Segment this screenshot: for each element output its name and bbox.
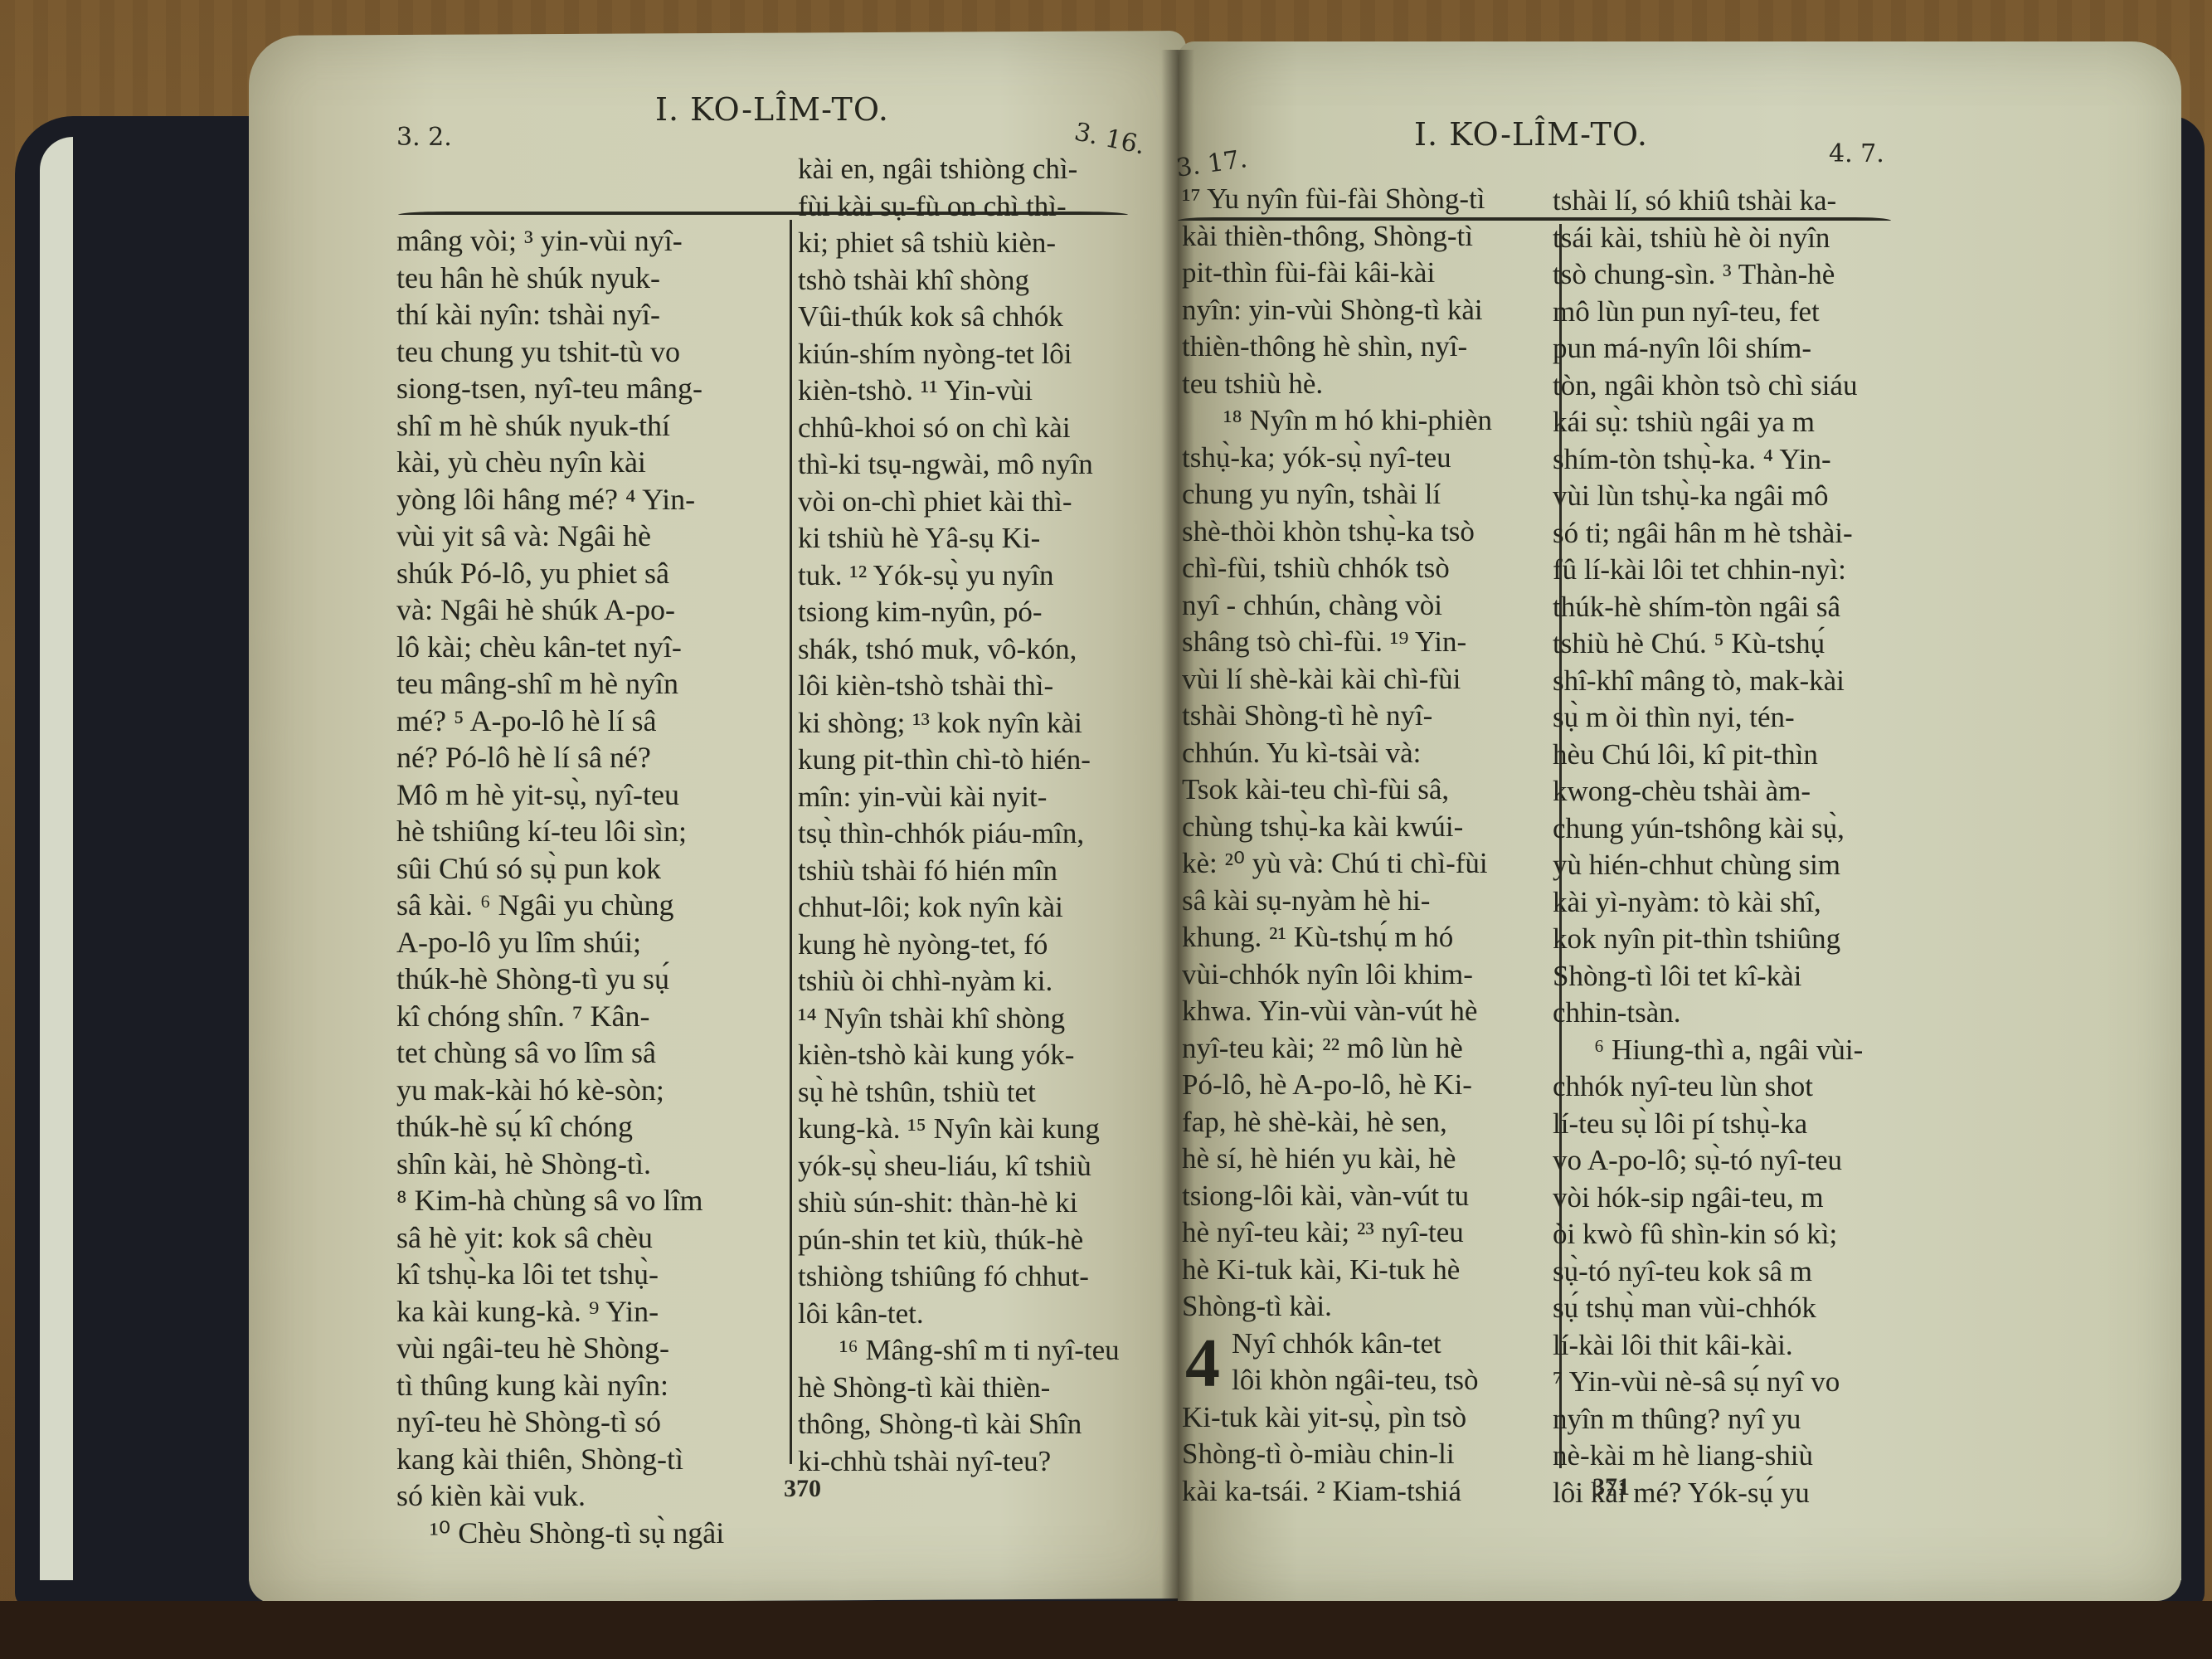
text-line: vùi yit sâ và: Ngâi hè: [396, 518, 780, 555]
text-line: kài thièn-thông, Shòng-tì: [1182, 218, 1547, 255]
text-line: chhók nyî-teu lùn shot: [1553, 1068, 1942, 1106]
text-line: tsụ̀ thìn-chhók piáu-mîn,: [798, 815, 1146, 853]
text-line: chhû-khoi só on chì kài: [798, 410, 1146, 447]
text-line: chùng tshụ̀-ka kài kwúi-: [1182, 809, 1547, 846]
right-page-column-2: tshài lí, só khiû tshài ka- tsái kài, ts…: [1553, 182, 1942, 1511]
text-line: só kièn kài vuk.: [396, 1477, 780, 1515]
text-line: shî m hè shúk nyuk-thí: [396, 407, 780, 445]
text-line: pit-thìn fùi-fài kâi-kài: [1182, 255, 1547, 292]
text-line: fû lí-kài lôi tet chhin-nyì:: [1553, 552, 1942, 589]
text-line: mé? ⁵ A-po-lô hè lí sâ: [396, 703, 780, 740]
text-line: ¹⁸ Nyîn m hó khi-phièn: [1182, 402, 1547, 440]
text-line: sụ́ tshụ̀ man vùi-chhók: [1553, 1290, 1942, 1327]
text-line: thúk-hè shím-tòn ngâi sâ: [1553, 589, 1942, 626]
right-page-column-1: ¹⁷ Yu nyîn fùi-fài Shòng-tì kài thièn-th…: [1182, 181, 1547, 1510]
text-line: tuk. ¹² Yók-sụ̀ yu nyîn: [798, 557, 1146, 595]
text-line: vo A-po-lô; sụ̀-tó nyî-teu: [1553, 1142, 1942, 1180]
text-line: chhut-lôi; kok nyîn kài: [798, 889, 1146, 927]
text-line: mô lùn pun nyî-teu, fet: [1553, 294, 1942, 331]
text-line: pún-shin tet kiù, thúk-hè: [798, 1222, 1146, 1259]
text-line: kièn-tshò. ¹¹ Yin-vùi: [798, 372, 1146, 410]
text-line: ⁶ Hiung-thì a, ngâi vùi-: [1553, 1032, 1942, 1069]
right-ref-end: 4. 7.: [1829, 139, 1884, 168]
text-line: lôi kân-tet.: [798, 1296, 1146, 1333]
text-line: ki shòng; ¹³ kok nyîn kài: [798, 705, 1146, 742]
text-line: fap, hè shè-kài, hè sen,: [1182, 1104, 1547, 1141]
text-line: mâng vòi; ³ yin-vùi nyî-: [396, 222, 780, 260]
text-line: ki tshiù hè Yâ-sụ Ki-: [798, 520, 1146, 557]
text-line: chung yún-tshông kài sụ̀,: [1553, 810, 1942, 848]
text-line: shî-khî mâng tò, mak-kài: [1553, 663, 1942, 700]
text-line: ⁷ Yin-vùi nè-sâ sụ́ nyî vo: [1553, 1364, 1942, 1401]
text-line: Pó-lô, hè A-po-lô, hè Ki-: [1182, 1067, 1547, 1104]
text-line: kok nyîn pit-thìn tshiûng: [1553, 921, 1942, 958]
text-line: kiún-shím nyòng-tet lôi: [798, 336, 1146, 373]
text-line: yù hién-chhut chùng sim: [1553, 847, 1942, 884]
left-running-title: I. KO-LÎM-TO.: [655, 91, 889, 128]
text-line: nyî - chhún, chàng vòi: [1182, 587, 1547, 625]
text-line: shák, tshó muk, vô-kón,: [798, 631, 1146, 669]
text-line: shîn kài, hè Shòng-tì.: [396, 1146, 780, 1183]
text-line: tshụ̀-ka; yók-sụ̀ nyî-teu: [1182, 440, 1547, 477]
text-line: lí-teu sụ̀ lôi pí tshụ̀-ka: [1553, 1106, 1942, 1143]
text-line: chung yu nyîn, tshài lí: [1182, 476, 1547, 513]
text-line: shúk Pó-lô, yu phiet sâ: [396, 555, 780, 592]
text-line: vùi lí shè-kài kài chì-fùi: [1182, 661, 1547, 698]
text-line: kièn-tshò kài kung yók-: [798, 1037, 1146, 1074]
text-line: nyîn: yin-vùi Shòng-tì kài: [1182, 292, 1547, 329]
text-line: ka kài kung-kà. ⁹ Yin-: [396, 1293, 780, 1331]
text-line: ¹⁴ Nyîn tshài khî shòng: [798, 1000, 1146, 1038]
text-line: tsiong-lôi kài, vàn-vút tu: [1182, 1178, 1547, 1215]
text-line: thí kài nyîn: tshài nyî-: [396, 296, 780, 333]
text-line: sụ̀ hè tshûn, tshiù tet: [798, 1074, 1146, 1112]
text-line: sụ̀-tó nyî-teu kok sâ m: [1553, 1253, 1942, 1291]
text-line: fùi kài sụ-fù on chì thì-: [798, 188, 1146, 226]
text-line: kung pit-thìn chì-tò hién-: [798, 742, 1146, 779]
text-line: Nyî chhók kân-tet: [1182, 1326, 1547, 1363]
text-line: nè-kài m hè liang-shiù: [1553, 1438, 1942, 1475]
text-line: Ki-tuk kài yit-sụ̀, pìn tsò: [1182, 1399, 1547, 1437]
text-line: chhún. Yu kì-tsài và:: [1182, 735, 1547, 772]
text-line: shiù sún-shit: thàn-hè ki: [798, 1185, 1146, 1222]
right-running-title: I. KO-LÎM-TO.: [1414, 116, 1648, 153]
text-line: ki-chhù tshài nyî-teu?: [798, 1443, 1146, 1481]
text-line: teu mâng-shî m hè nyîn: [396, 665, 780, 703]
right-page-number: 371: [1592, 1473, 1630, 1501]
text-line: tshiù hè Chú. ⁵ Kù-tshụ́: [1553, 625, 1942, 663]
text-line: lô kài; chèu kân-tet nyî-: [396, 629, 780, 666]
text-line: yók-sụ̀ sheu-liáu, kî tshiù: [798, 1148, 1146, 1185]
text-line: thì-ki tsụ-ngwài, mô nyîn: [798, 446, 1146, 484]
text-line: thúk-hè Shòng-tì yu sụ́: [396, 961, 780, 998]
text-line: tshiù òi chhì-nyàm ki.: [798, 963, 1146, 1000]
text-line: vùi ngâi-teu hè Shòng-: [396, 1330, 780, 1367]
text-line: tshiù tshài fó hién mîn: [798, 853, 1146, 890]
text-line: pun má-nyîn lôi shím-: [1553, 330, 1942, 367]
text-line: ¹⁷ Yu nyîn fùi-fài Shòng-tì: [1182, 181, 1547, 218]
text-line: yòng lôi hâng mé? ⁴ Yin-: [396, 481, 780, 518]
text-line: Shòng-tì kài.: [1182, 1288, 1547, 1326]
left-ref-start: 3. 2.: [396, 123, 452, 152]
text-line: tòn, ngâi khòn tsò chì siáu: [1553, 367, 1942, 405]
text-line: sâ hè yit: kok sâ chèu: [396, 1219, 780, 1257]
text-line: shè-thòi khòn tshụ̀-ka tsò: [1182, 513, 1547, 551]
text-line: Tsok kài-teu chì-fùi sâ,: [1182, 771, 1547, 809]
table-edge-shadow: [0, 1601, 2212, 1659]
text-line: kung hè nyòng-tet, fó: [798, 927, 1146, 964]
text-line: thièn-thông hè shìn, nyî-: [1182, 328, 1547, 366]
chapter-number: 4: [1185, 1331, 1220, 1397]
text-line: teu chung yu tshit-tù vo: [396, 333, 780, 371]
text-line: tì thûng kung kài nyîn:: [396, 1367, 780, 1404]
left-page-column-2: kài en, ngâi tshiòng chì- fùi kài sụ-fù …: [798, 151, 1146, 1480]
text-line: vòi hók-sip ngâi-teu, m: [1553, 1180, 1942, 1217]
text-line: tsiong kim-nyûn, pó-: [798, 594, 1146, 631]
text-line: vòi on-chì phiet kài thì-: [798, 484, 1146, 521]
text-line: kái sụ̀: tshiù ngâi ya m: [1553, 404, 1942, 441]
text-line: kî tshụ̀-ka lôi tet tshụ̀-: [396, 1256, 780, 1293]
text-line: né? Pó-lô hè lí sâ né?: [396, 739, 780, 776]
text-line: mîn: yin-vùi kài nyit-: [798, 779, 1146, 816]
text-line: ¹⁶ Mâng-shî m ti nyî-teu: [798, 1332, 1146, 1370]
text-line: tshò tshài khî shòng: [798, 262, 1146, 299]
text-line: ki; phiet sâ tshiù kièn-: [798, 225, 1146, 262]
text-line: nyî-teu kài; ²² mô lùn hè: [1182, 1030, 1547, 1068]
text-line: kwong-chèu tshài àm-: [1553, 773, 1942, 810]
text-line: vùi lùn tshụ̀-ka ngâi mô: [1553, 478, 1942, 515]
text-line: chhin-tsàn.: [1553, 995, 1942, 1032]
text-line: Vûi-thúk kok sâ chhók: [798, 299, 1146, 336]
text-line: kài yì-nyàm: tò kài shî,: [1553, 884, 1942, 922]
text-line: nyî-teu hè Shòng-tì só: [396, 1404, 780, 1441]
text-line: khung. ²¹ Kù-tshụ́ m hó: [1182, 919, 1547, 956]
text-line: thúk-hè sụ́ kî chóng: [396, 1108, 780, 1146]
text-line: kài, yù chèu nyîn kài: [396, 444, 780, 481]
text-line: sâ kài. ⁶ Ngâi yu chùng: [396, 887, 780, 924]
text-line: shím-tòn tshụ̀-ka. ⁴ Yin-: [1553, 441, 1942, 479]
text-line: lí-kài lôi thit kâi-kài.: [1553, 1327, 1942, 1365]
text-line: lôi khòn ngâi-teu, tsò: [1182, 1362, 1547, 1399]
text-line: kài en, ngâi tshiòng chì-: [798, 151, 1146, 188]
text-line: kung-kà. ¹⁵ Nyîn kài kung: [798, 1111, 1146, 1148]
text-line: hè nyî-teu kài; ²³ nyî-teu: [1182, 1214, 1547, 1252]
text-line: sụ̀ m òi thìn nyi, tén-: [1553, 699, 1942, 737]
text-line: thông, Shòng-tì kài Shîn: [798, 1406, 1146, 1443]
chapter-4-opening: 4 Nyî chhók kân-tet lôi khòn ngâi-teu, t…: [1182, 1326, 1547, 1511]
text-line: khwa. Yin-vùi vàn-vút hè: [1182, 993, 1547, 1030]
text-line: hè tshiûng kí-teu lôi sìn;: [396, 813, 780, 850]
text-line: Mô m hè yit-sụ̀, nyî-teu: [396, 776, 780, 814]
text-line: hèu Chú lôi, kî pit-thìn: [1553, 737, 1942, 774]
text-line: yu mak-kài hó kè-sòn;: [396, 1072, 780, 1109]
text-line: tsò chung-sìn. ³ Thàn-hè: [1553, 256, 1942, 294]
text-line: kè: ²⁰ yù và: Chú ti chì-fùi: [1182, 845, 1547, 883]
text-line: vùi-chhók nyîn lôi khim-: [1182, 956, 1547, 994]
text-line: hè Shòng-tì kài thièn-: [798, 1370, 1146, 1407]
left-page-column-rule: [790, 220, 792, 1464]
text-line: sâ kài sụ-nyàm hè hi-: [1182, 883, 1547, 920]
text-line: só ti; ngâi hân m hè tshài-: [1553, 515, 1942, 552]
text-line: tshài lí, só khiû tshài ka-: [1553, 182, 1942, 220]
text-line: òi kwò fû shìn-kin só kì;: [1553, 1216, 1942, 1253]
text-line: và: Ngâi hè shúk A-po-: [396, 591, 780, 629]
text-line: Shòng-tì lôi tet kî-kài: [1553, 958, 1942, 995]
text-line: tshài Shòng-tì hè nyî-: [1182, 698, 1547, 735]
text-line: nyîn m thûng? nyî yu: [1553, 1401, 1942, 1438]
left-page-number: 370: [784, 1475, 821, 1503]
text-line: kài ka-tsái. ² Kiam-tshiá: [1182, 1473, 1547, 1511]
text-line: siong-tsen, nyî-teu mâng-: [396, 370, 780, 407]
text-line: teu hân hè shúk nyuk-: [396, 260, 780, 297]
text-line: hè sí, hè hién yu kài, hè: [1182, 1141, 1547, 1178]
text-line: lôi kièn-tshò tshài thì-: [798, 668, 1146, 705]
text-line: kang kài thiên, Shòng-tì: [396, 1441, 780, 1478]
text-line: A-po-lô yu lîm shúi;: [396, 924, 780, 961]
text-line: tshiòng tshiûng fó chhut-: [798, 1258, 1146, 1296]
text-line: teu tshiù hè.: [1182, 366, 1547, 403]
text-line: tsái kài, tshiù hè òi nyîn: [1553, 220, 1942, 257]
text-line: ⁸ Kim-hà chùng sâ vo lîm: [396, 1182, 780, 1219]
text-line: shâng tsò chì-fùi. ¹⁹ Yin-: [1182, 624, 1547, 661]
left-page-column-1: mâng vòi; ³ yin-vùi nyî- teu hân hè shúk…: [396, 222, 780, 1551]
text-line: tet chùng sâ vo lîm sâ: [396, 1034, 780, 1072]
text-line: hè Ki-tuk kài, Ki-tuk hè: [1182, 1252, 1547, 1289]
text-line: Shòng-tì ò-miàu chin-li: [1182, 1436, 1547, 1473]
text-line: chì-fùi, tshiù chhók tsò: [1182, 550, 1547, 587]
page-block-edge-left: [40, 137, 73, 1580]
text-line: ¹⁰ Chèu Shòng-tì sụ̀ ngâi: [396, 1515, 780, 1552]
text-line: kî chóng shîn. ⁷ Kân-: [396, 998, 780, 1035]
text-line: sûi Chú só sụ̀ pun kok: [396, 850, 780, 888]
